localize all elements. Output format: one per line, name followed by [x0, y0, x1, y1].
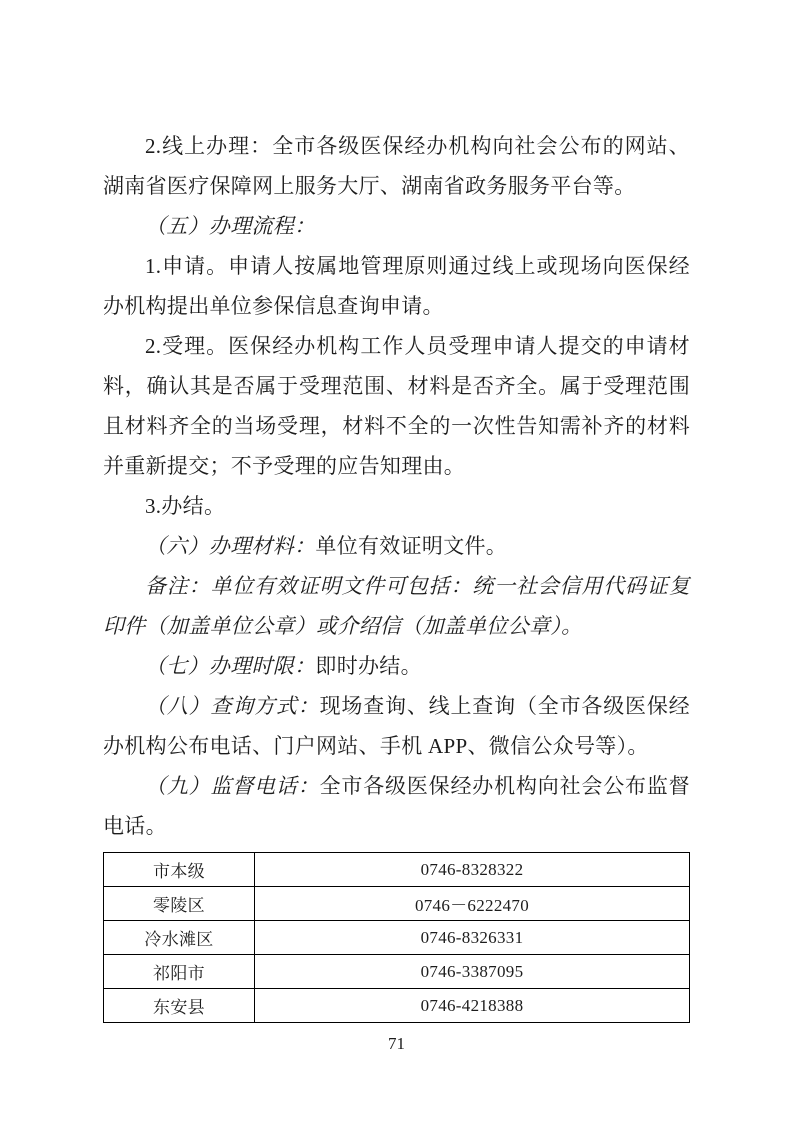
table-row: 市本级 0746-8328322 [104, 853, 690, 887]
remark-text: 备注：单位有效证明文件可包括：统一社会信用代码证复印件（加盖单位公章）或介绍信（… [103, 574, 690, 638]
region-cell: 冷水滩区 [104, 921, 255, 955]
section-heading: （七）办理时限： [145, 654, 315, 678]
section-heading: （八）查询方式： [145, 694, 320, 718]
phone-cell: 0746-4218388 [255, 989, 690, 1023]
page-number: 71 [0, 1034, 793, 1054]
paragraph-step-apply: 1.申请。申请人按属地管理原则通过线上或现场向医保经办机构提出单位参保信息查询申… [103, 246, 690, 326]
phone-cell: 0746－6222470 [255, 887, 690, 921]
paragraph-step-accept: 2.受理。医保经办机构工作人员受理申请人提交的申请材料，确认其是否属于受理范围、… [103, 326, 690, 486]
table-row: 冷水滩区 0746-8326331 [104, 921, 690, 955]
paragraph-section-8-query-methods: （八）查询方式：现场查询、线上查询（全市各级医保经办机构公布电话、门户网站、手机… [103, 686, 690, 766]
paragraph-text: 2.线上办理：全市各级医保经办机构向社会公布的网站、湖南省医疗保障网上服务大厅、… [103, 134, 690, 198]
paragraph-online-channels: 2.线上办理：全市各级医保经办机构向社会公布的网站、湖南省医疗保障网上服务大厅、… [103, 126, 690, 206]
paragraph-section-7-time-limit: （七）办理时限：即时办结。 [103, 646, 690, 686]
table-row: 零陵区 0746－6222470 [104, 887, 690, 921]
paragraph-text: 2.受理。医保经办机构工作人员受理申请人提交的申请材料，确认其是否属于受理范围、… [103, 334, 690, 478]
supervision-phone-table: 市本级 0746-8328322 零陵区 0746－6222470 冷水滩区 0… [103, 852, 690, 1023]
paragraph-step-complete: 3.办结。 [103, 486, 690, 526]
section-heading: （九）监督电话： [145, 774, 320, 798]
paragraph-text: 即时办结。 [315, 654, 422, 678]
phone-cell: 0746-8326331 [255, 921, 690, 955]
paragraph-text: 3.办结。 [145, 494, 225, 518]
paragraph-text: 单位有效证明文件。 [315, 534, 507, 558]
table-row: 祁阳市 0746-3387095 [104, 955, 690, 989]
paragraph-section-6-materials: （六）办理材料：单位有效证明文件。 [103, 526, 690, 566]
section-heading: （六）办理材料： [145, 534, 315, 558]
document-body: 2.线上办理：全市各级医保经办机构向社会公布的网站、湖南省医疗保障网上服务大厅、… [103, 126, 690, 1023]
document-page: 2.线上办理：全市各级医保经办机构向社会公布的网站、湖南省医疗保障网上服务大厅、… [0, 0, 793, 1122]
paragraph-text: 1.申请。申请人按属地管理原则通过线上或现场向医保经办机构提出单位参保信息查询申… [103, 254, 690, 318]
table-row: 东安县 0746-4218388 [104, 989, 690, 1023]
region-cell: 东安县 [104, 989, 255, 1023]
paragraph-section-5-process: （五）办理流程： [103, 206, 690, 246]
section-heading: （五）办理流程： [145, 214, 315, 238]
region-cell: 零陵区 [104, 887, 255, 921]
region-cell: 市本级 [104, 853, 255, 887]
paragraph-remark: 备注：单位有效证明文件可包括：统一社会信用代码证复印件（加盖单位公章）或介绍信（… [103, 566, 690, 646]
phone-cell: 0746-3387095 [255, 955, 690, 989]
paragraph-section-9-supervision-phone: （九）监督电话：全市各级医保经办机构向社会公布监督电话。 [103, 766, 690, 846]
region-cell: 祁阳市 [104, 955, 255, 989]
phone-cell: 0746-8328322 [255, 853, 690, 887]
